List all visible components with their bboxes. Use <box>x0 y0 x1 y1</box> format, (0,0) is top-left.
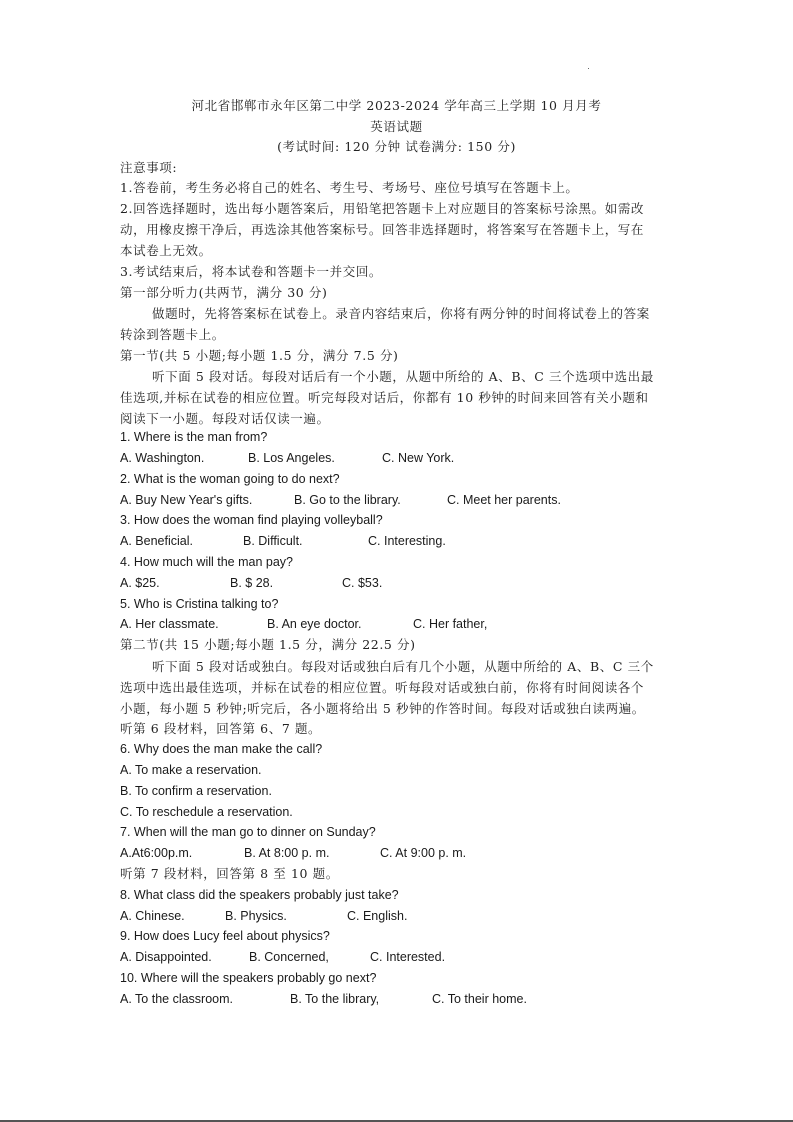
option-c: C. To reschedule a reservation. <box>120 804 293 820</box>
note-item: 1.答卷前，考生务必将自己的姓名、考生号、考场号、座位号填写在答题卡上。 <box>120 180 579 196</box>
part1-heading: 第一部分听力(共两节，满分 30 分) <box>120 285 328 301</box>
material-6-heading: 听第 6 段材料，回答第 6、7 题。 <box>120 721 321 737</box>
option-b: B. An eye doctor. <box>267 616 362 632</box>
option-a: A. Washington. <box>120 450 204 466</box>
question-1: 1. Where is the man from? <box>120 429 267 445</box>
option-b: B. At 8:00 p. m. <box>244 845 329 861</box>
option-a: A. Chinese. <box>120 908 185 924</box>
question-2: 2. What is the woman going to do next? <box>120 471 340 487</box>
option-b: B. To confirm a reservation. <box>120 783 272 799</box>
section1-heading: 第一节(共 5 小题;每小题 1.5 分，满分 7.5 分) <box>120 348 399 364</box>
section2-instruction: 听下面 5 段对话或独白。每段对话或独白后有几个小题，从题中所给的 A、B、C … <box>152 659 654 675</box>
exam-title: 河北省邯郸市永年区第二中学 2023-2024 学年高三上学期 10 月月考 <box>0 98 793 114</box>
option-c: C. Meet her parents. <box>447 492 561 508</box>
option-b: B. Go to the library. <box>294 492 401 508</box>
stray-dot <box>588 68 589 69</box>
note-item: 动，用橡皮擦干净后，再选涂其他答案标号。回答非选择题时，将答案写在答题卡上，写在 <box>120 222 644 238</box>
option-b: B. Difficult. <box>243 533 303 549</box>
question-10: 10. Where will the speakers probably go … <box>120 970 376 986</box>
part1-instruction: 转涂到答题卡上。 <box>120 327 225 343</box>
option-c: C. Interested. <box>370 949 445 965</box>
material-7-heading: 听第 7 段材料，回答第 8 至 10 题。 <box>120 866 339 882</box>
question-9: 9. How does Lucy feel about physics? <box>120 928 330 944</box>
option-c: C. Interesting. <box>368 533 446 549</box>
question-4: 4. How much will the man pay? <box>120 554 293 570</box>
section1-instruction: 佳选项,并标在试卷的相应位置。听完每段对话后，你都有 10 秒钟的时间来回答有关… <box>120 390 649 406</box>
exam-subject: 英语试题 <box>0 119 793 135</box>
question-8: 8. What class did the speakers probably … <box>120 887 399 903</box>
question-5: 5. Who is Cristina talking to? <box>120 596 278 612</box>
option-c: C. English. <box>347 908 407 924</box>
option-b: B. $ 28. <box>230 575 273 591</box>
option-b: B. To the library, <box>290 991 379 1007</box>
option-a: A. Buy New Year's gifts. <box>120 492 252 508</box>
notes-heading: 注意事项: <box>120 160 177 176</box>
option-a: A. To the classroom. <box>120 991 233 1007</box>
option-b: B. Los Angeles. <box>248 450 335 466</box>
option-c: C. To their home. <box>432 991 527 1007</box>
option-b: B. Concerned, <box>249 949 329 965</box>
option-a: A. Her classmate. <box>120 616 219 632</box>
option-c: C. New York. <box>382 450 454 466</box>
note-item: 3.考试结束后，将本试卷和答题卡一并交回。 <box>120 264 382 280</box>
option-a: A. Disappointed. <box>120 949 212 965</box>
exam-info: (考试时间: 120 分钟 试卷满分: 150 分) <box>0 139 793 155</box>
question-6: 6. Why does the man make the call? <box>120 741 322 757</box>
section2-instruction: 小题，每小题 5 秒钟;听完后，各小题将给出 5 秒钟的作答时间。每段对话或独白… <box>120 701 645 717</box>
option-a: A. To make a reservation. <box>120 762 262 778</box>
question-7: 7. When will the man go to dinner on Sun… <box>120 824 376 840</box>
option-c: C. Her father, <box>413 616 487 632</box>
option-c: C. At 9:00 p. m. <box>380 845 466 861</box>
question-3: 3. How does the woman find playing volle… <box>120 512 383 528</box>
section2-instruction: 选项中选出最佳选项，并标在试卷的相应位置。听每段对话或独白前，你将有时间阅读各个 <box>120 680 644 696</box>
option-a: A. $25. <box>120 575 160 591</box>
note-item: 本试卷上无效。 <box>120 243 212 259</box>
option-a: A. Beneficial. <box>120 533 193 549</box>
option-a: A.At6:00p.m. <box>120 845 192 861</box>
exam-page: 河北省邯郸市永年区第二中学 2023-2024 学年高三上学期 10 月月考 英… <box>0 0 793 1122</box>
note-item: 2.回答选择题时，选出每小题答案后，用铅笔把答题卡上对应题目的答案标号涂黑。如需… <box>120 201 644 217</box>
option-c: C. $53. <box>342 575 382 591</box>
option-b: B. Physics. <box>225 908 287 924</box>
section1-instruction: 听下面 5 段对话。每段对话后有一个小题，从题中所给的 A、B、C 三个选项中选… <box>152 369 654 385</box>
section2-heading: 第二节(共 15 小题;每小题 1.5 分，满分 22.5 分) <box>120 637 416 653</box>
part1-instruction: 做题时，先将答案标在试卷上。录音内容结束后，你将有两分钟的时间将试卷上的答案 <box>152 306 650 322</box>
section1-instruction: 阅读下一小题。每段对话仅读一遍。 <box>120 411 330 427</box>
